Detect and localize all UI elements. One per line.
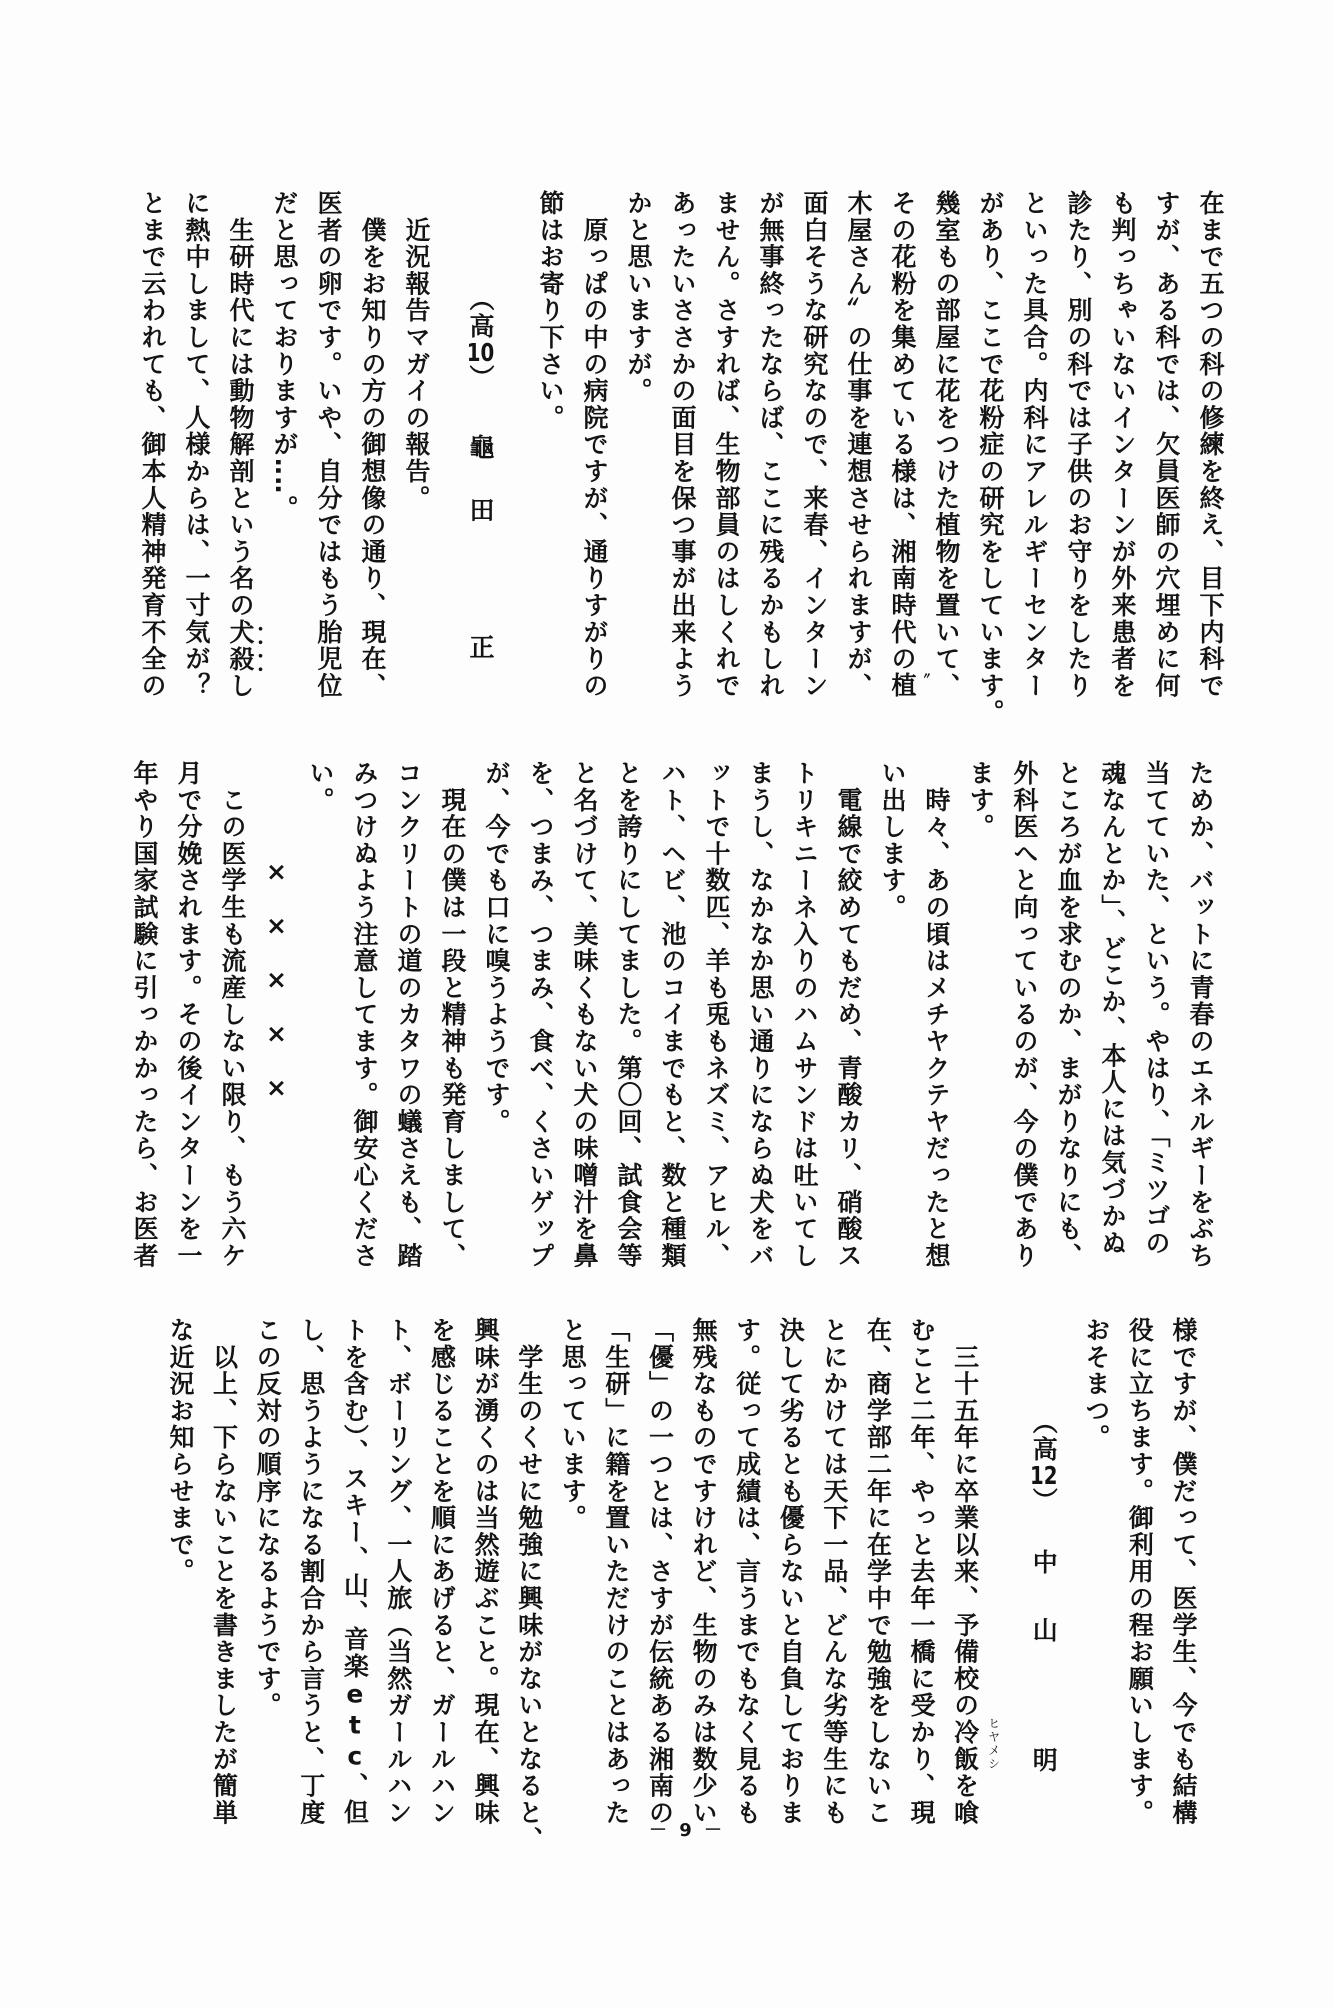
text-line: 様ですが、僕だって、医学生、今でも結構: [1161, 1317, 1205, 1877]
text-line: 役に立ちます。御利用の程お願いします。: [1118, 1317, 1162, 1877]
text-line: があり、ここで花粉症の研究をしています。: [968, 190, 1012, 750]
quoted-char-group: 植〝: [888, 672, 917, 699]
class-label-open: （高: [1029, 1409, 1058, 1463]
class-year-label: （高12）: [1021, 1409, 1065, 1514]
text-line: 当てていた、という。やはり、「ミツゴの: [1134, 760, 1178, 1320]
text-line: といった具合。内科にアレルギーセンター: [1012, 190, 1056, 750]
text-line: かと思いますが。: [616, 190, 660, 750]
text-line: 「生研」に籍を置いただけのことはあった: [594, 1317, 638, 1877]
text-line: とを誇りにしてました。第〇回、試食会等: [606, 760, 650, 1320]
document-page: 在まで五つの科の修練を終え、目下内科で すが、ある科では、欠員医師の穴埋めに何 …: [0, 0, 1334, 2008]
text-segment: 生研時代には動物解剖という名の: [226, 190, 255, 619]
text-line: 在、商学部二年に在学中で勉強をしないこ: [856, 1317, 900, 1877]
text-line: コンクリートの道のカタワの蟻さえも、踏: [386, 760, 430, 1320]
text-line: が無事終ったならば、ここに残るかもしれ: [748, 190, 792, 750]
author-byline: （高12） 中 山 明: [1022, 1317, 1066, 1877]
text-line: みつけぬよう注意してます。御安心くださ: [342, 760, 386, 1320]
text-line: い。: [298, 760, 342, 1320]
text-line: を感じることを順にあげると、ガールハン: [420, 1317, 464, 1877]
text-line: トを含む）、スキー、山、音楽etc、但: [333, 1317, 377, 1877]
text-line: 原っぱの中の病院ですが、通りすがりの: [572, 190, 616, 750]
emphasis-dots-icon: [258, 622, 263, 672]
text-line: 時々、あの頃はメチヤクテヤだったと想: [914, 760, 958, 1320]
text-line: を、つまみ、つまみ、食べ、くさいゲップ: [518, 760, 562, 1320]
text-line: 学生のくせに勉強に興味がないとなると、: [507, 1317, 551, 1877]
text-line: 在まで五つの科の修練を終え、目下内科で: [1188, 190, 1232, 750]
class-year-label: （高10）: [458, 286, 502, 391]
text-segment: トを含む）、スキー、山、音楽: [340, 1317, 369, 1680]
text-segment: その花粉を集めている様は、湘南時代の: [888, 190, 917, 672]
author-surname-2: 山: [1021, 1617, 1065, 1644]
text-line: ます。: [958, 760, 1002, 1320]
text-line: トリキニーネ入りのハムサンドは吐いてし: [782, 760, 826, 1320]
ruby-group: 冷飯ヒヤメシ: [951, 1719, 980, 1773]
text-line: 決して劣るとも優らないと自負しておりま: [769, 1317, 813, 1877]
text-line: 診たり、別の科では子供のお守りをしたり: [1056, 190, 1100, 750]
text-line: 木屋さん〟の仕事を連想させられますが、: [836, 190, 880, 750]
text-line: 幾室もの部屋に花をつけた植物を置いて、: [924, 190, 968, 750]
text-line: この医学生も流産しない限り、もう六ケ: [210, 760, 254, 1320]
text-line: まうし、なかなか思い通りにならぬ犬をバ: [738, 760, 782, 1320]
author-given-name: 正: [458, 634, 502, 661]
text-line: 魂なんとか」、どこか、本人には気づかぬ: [1090, 760, 1134, 1320]
text-segment: 三十五年に卒業以来、予備校の: [951, 1317, 980, 1719]
text-line: 現在の僕は一段と精神も発育しまして、: [430, 760, 474, 1320]
text-segment: 犬殺: [226, 619, 255, 673]
class-label-open: （高: [466, 286, 495, 340]
text-line: ためか、バットに青春のエネルギーをぶち: [1178, 760, 1222, 1320]
ruby-annotation: ヒヤメシ: [988, 1717, 1000, 1771]
text-line: だと思っておりますが‥‥。: [262, 190, 306, 750]
text-segment: し: [226, 672, 255, 699]
spacer: [502, 190, 528, 750]
spacer: [1065, 1317, 1074, 1877]
text-line: 近況報告マガイの報告。: [394, 190, 438, 750]
class-number: 10: [466, 340, 495, 365]
text-line: おそまつ。: [1074, 1317, 1118, 1877]
text-line: し、思うようになる割合から言うと、丁度: [289, 1317, 333, 1877]
opening-quote-mark: 〝: [915, 664, 929, 678]
text-segment: 植: [888, 672, 917, 699]
text-line: ません。さすれば、生物部員のはしくれで: [704, 190, 748, 750]
text-line: 年やり国家試験に引っかかったら、お医者: [122, 760, 166, 1320]
text-line: も判っちゃいないインターンが外来患者を: [1100, 190, 1144, 750]
text-line: と名づけて、美味くもない犬の味噌汁を鼻: [562, 760, 606, 1320]
text-line: ところが血を求むのか、まがりなりにも、: [1046, 760, 1090, 1320]
text-line: 電線で絞めてもだめ、青酸カリ、硝酸ス: [826, 760, 870, 1320]
text-line: ハト、ヘビ、池のコイまでもと、数と種類: [650, 760, 694, 1320]
text-line: 「優」の一つとは、さすが伝統ある湘南の: [638, 1317, 682, 1877]
text-line: とまで云われても、御本人精神発育不全の: [130, 190, 174, 750]
text-line: 三十五年に卒業以来、予備校の冷飯ヒヤメシを喰: [943, 1317, 987, 1877]
emphasized-text: 犬殺: [226, 619, 255, 673]
text-line: ットで十数匹、羊も兎もネズミ、アヒル、: [694, 760, 738, 1320]
text-line: 生研時代には動物解剖という名の犬殺し: [218, 190, 262, 750]
page-number: － 9 －: [627, 1816, 747, 1842]
author-surname-2: 田: [458, 497, 502, 524]
text-line: と思っています。: [551, 1317, 595, 1877]
text-line: い出します。: [870, 760, 914, 1320]
text-line: 節はお寄り下さい。: [528, 190, 572, 750]
text-tier-top: 在まで五つの科の修練を終え、目下内科で すが、ある科では、欠員医師の穴埋めに何 …: [130, 190, 1232, 750]
text-tier-middle: ためか、バットに青春のエネルギーをぶち 当てていた、という。やはり、「ミツゴの …: [122, 760, 1222, 1320]
text-segment: 、但: [340, 1772, 369, 1826]
text-line: 以上、下らないことを書きましたが簡単: [202, 1317, 246, 1877]
text-line: すが、ある科では、欠員医師の穴埋めに何: [1144, 190, 1188, 750]
text-line: な近況お知らせまで。: [158, 1317, 202, 1877]
text-line: 月で分娩されます。その後インターンを一: [166, 760, 210, 1320]
text-tier-bottom: 様ですが、僕だって、医学生、今でも結構 役に立ちます。御利用の程お願いします。 …: [158, 1317, 1205, 1877]
section-separator: × × × × ×: [254, 760, 298, 1320]
text-line: あったいささかの面目を保つ事が出来よう: [660, 190, 704, 750]
class-number: 12: [1029, 1463, 1058, 1488]
author-surname-1: 中: [1021, 1549, 1065, 1576]
author-byline: （高10） 龜 田 正: [458, 190, 502, 750]
text-line: 面白そうな研究なので、来春、インターン: [792, 190, 836, 750]
text-line: とにかけては天下一品、どんな劣等生にも: [812, 1317, 856, 1877]
spacer: [438, 190, 458, 750]
latin-text: etc: [340, 1680, 369, 1772]
text-line: に熱中しまして、人様からは、一寸気が？: [174, 190, 218, 750]
text-line: 興味が湧くのは当然遊ぶこと。現在、興味: [464, 1317, 508, 1877]
author-given-name: 明: [1021, 1747, 1065, 1774]
text-line: 医者の卵です。いや、自分ではもう胎児位: [306, 190, 350, 750]
text-line: す。従って成績は、言うまでもなく見るも: [725, 1317, 769, 1877]
text-line: 無残なものですけれど、生物のみは数少い: [681, 1317, 725, 1877]
class-label-close: ）: [1029, 1488, 1058, 1515]
ruby-base: 冷飯: [951, 1719, 980, 1773]
text-segment: を喰: [951, 1773, 980, 1827]
text-line: この反対の順序になるようです。: [246, 1317, 290, 1877]
text-line: その花粉を集めている様は、湘南時代の植〝: [880, 190, 924, 750]
text-line: 外科医へと向っているのが、今の僕であり: [1002, 760, 1046, 1320]
text-line: ト、ボーリング、一人旅（当然ガールハン: [376, 1317, 420, 1877]
spacer: [987, 1317, 1022, 1877]
text-line: が、今でも口に嗅うようです。: [474, 760, 518, 1320]
text-line: むこと二年、やっと去年一橋に受かり、現: [899, 1317, 943, 1877]
author-surname-1: 龜: [458, 434, 502, 461]
text-line: 僕をお知りの方の御想像の通り、現在、: [350, 190, 394, 750]
class-label-close: ）: [466, 365, 495, 392]
